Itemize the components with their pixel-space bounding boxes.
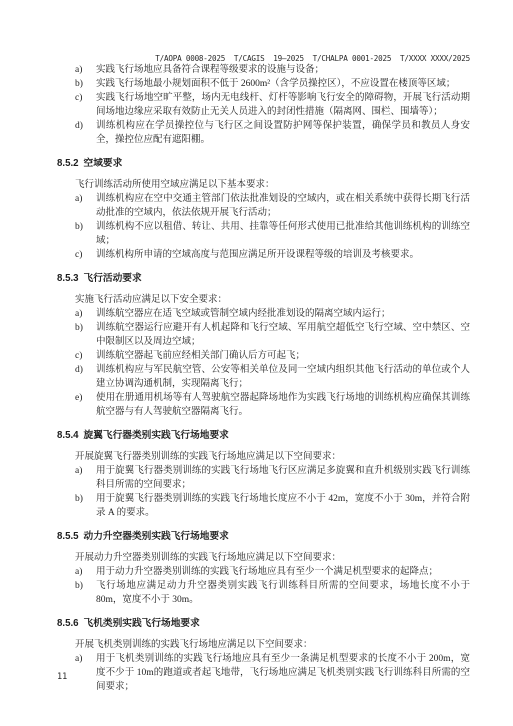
list-item-text: 用于旋翼飞行器类别训练的实践飞行场地飞行区应满足多旋翼和直升机级别实践飞行训练科…	[96, 464, 470, 492]
list-item-text: 训练机构应与军民航空管、公安等相关单位及同一空域内组织其他飞行活动的单位或个人建…	[96, 363, 470, 391]
list-item: b) 训练航空器运行应避开有人机起降和飞行空域、军用航空超低空飞行空域、空中禁区…	[75, 321, 470, 349]
section-number: 8.5.2	[57, 158, 79, 169]
section-intro: 开展旋翼飞行器类别训练的实践飞行场地应满足以下空间要求：	[75, 450, 470, 464]
section-heading: 8.5.6飞机类别实践飞行场地要求	[57, 617, 470, 631]
section-flight-activity-requirements: 8.5.3飞行活动要求 实施飞行活动应满足以下安全要求： a) 训练航空器应在适…	[57, 272, 470, 419]
list-item-text: 实践飞行场地应具备符合课程等级要求的设施与设备；	[96, 63, 470, 77]
list-item-label: a)	[75, 652, 96, 694]
section-rotorcraft-site-requirements: 8.5.4旋翼飞行器类别实践飞行场地要求 开展旋翼飞行器类别训练的实践飞行场地应…	[57, 429, 470, 520]
page-number: 11	[57, 670, 67, 684]
section-number: 8.5.4	[57, 430, 79, 441]
list-item: c) 实践飞行场地空旷平整，场内无电线杆、灯杆等影响飞行安全的障碍物，开展飞行活…	[75, 91, 470, 119]
section-heading: 8.5.4旋翼飞行器类别实践飞行场地要求	[57, 429, 470, 443]
list-item-label: b)	[75, 220, 96, 248]
list-item: a) 用于旋翼飞行器类别训练的实践飞行场地飞行区应满足多旋翼和直升机级别实践飞行…	[75, 464, 470, 492]
list-item-label: d)	[75, 363, 96, 391]
list-item-text: 训练航空器应在适飞空域或管制空域内经批准划设的隔离空域内运行；	[96, 307, 470, 321]
list-item-text: 用于旋翼飞行器类别训练的实践飞行场地长度应不小于 42m，宽度不小于 30m，并…	[96, 492, 470, 520]
list-item-label: b)	[75, 579, 96, 607]
list-item: c) 训练航空器起飞前应经相关部门确认后方可起飞；	[75, 349, 470, 363]
document-page: T/AOPA 0008-2025 T/CAGIS 19—2025 T/CHALP…	[0, 0, 513, 726]
section-title: 旋翼飞行器类别实践飞行场地要求	[84, 430, 229, 441]
section-intro: 飞行训练活动所使用空域应满足以下基本要求：	[75, 178, 470, 192]
list-item: d) 训练机构应与军民航空管、公安等相关单位及同一空域内组织其他飞行活动的单位或…	[75, 363, 470, 391]
section-intro: 开展飞机类别训练的实践飞行场地应满足以下空间要求：	[75, 638, 470, 652]
section-powered-lift-site-requirements: 8.5.5动力升空器类别实践飞行场地要求 开展动力升空器类别训练的实践飞行场地应…	[57, 530, 470, 607]
section-heading: 8.5.5动力升空器类别实践飞行场地要求	[57, 530, 470, 544]
section-airplane-site-requirements: 8.5.6飞机类别实践飞行场地要求 开展飞机类别训练的实践飞行场地应满足以下空间…	[57, 617, 470, 694]
page-content: a) 实践飞行场地应具备符合课程等级要求的设施与设备； b) 实践飞行场地最小规…	[57, 63, 470, 694]
list-item-text: 训练机构所申请的空域高度与范围应满足所开设课程等级的培训及考核要求。	[96, 248, 470, 262]
list-item-label: c)	[75, 349, 96, 363]
list-item: a) 训练机构应在空中交通主管部门依法批准划设的空域内，或在相关系统中获得长期飞…	[75, 192, 470, 220]
list-item-text: 使用在册通用机场等有人驾驶航空器起降场地作为实践飞行场地的训练机构应确保其训练航…	[96, 391, 470, 419]
list-item: a) 用于飞机类别训练的实践飞行场地应具有至少一条满足机型要求的长度不小于 20…	[75, 652, 470, 694]
list-item: b) 飞行场地应满足动力升空器类别实践飞行训练科目所需的空间要求，场地长度不小于…	[75, 579, 470, 607]
list-item: d) 训练机构应在学员操控位与飞行区之间设置防护网等保护装置，确保学员和教员人身…	[75, 119, 470, 147]
section-number: 8.5.5	[57, 531, 79, 542]
list-item: a) 实践飞行场地应具备符合课程等级要求的设施与设备；	[75, 63, 470, 77]
list-item: c) 训练机构所申请的空域高度与范围应满足所开设课程等级的培训及考核要求。	[75, 248, 470, 262]
section-number: 8.5.6	[57, 618, 79, 629]
list-item-text: 训练机构应在学员操控位与飞行区之间设置防护网等保护装置，确保学员和教员人身安全，…	[96, 119, 470, 147]
list-item: b) 用于旋翼飞行器类别训练的实践飞行场地长度应不小于 42m，宽度不小于 30…	[75, 492, 470, 520]
list-item-text: 实践飞行场地空旷平整，场内无电线杆、灯杆等影响飞行安全的障碍物，开展飞行活动期间…	[96, 91, 470, 119]
section-airspace-requirements: 8.5.2空域要求 飞行训练活动所使用空域应满足以下基本要求： a) 训练机构应…	[57, 157, 470, 262]
list-item: b) 实践飞行场地最小规划面积不低于 2600m²（含学员操控区），不应设置在楼…	[75, 77, 470, 91]
list-item-text: 实践飞行场地最小规划面积不低于 2600m²（含学员操控区），不应设置在楼顶等区…	[96, 77, 470, 91]
section-title: 飞机类别实践飞行场地要求	[84, 618, 200, 629]
list-item-text: 用于飞机类别训练的实践飞行场地应具有至少一条满足机型要求的长度不小于 200m，…	[96, 652, 470, 694]
list-item-label: a)	[75, 192, 96, 220]
section-heading: 8.5.2空域要求	[57, 157, 470, 171]
section-heading: 8.5.3飞行活动要求	[57, 272, 470, 286]
list-item-text: 训练机构不应以租借、转让、共用、挂靠等任何形式使用已批准给其他训练机构的训练空域…	[96, 220, 470, 248]
list-item-label: a)	[75, 464, 96, 492]
section-number: 8.5.3	[57, 273, 79, 284]
list-item-label: a)	[75, 565, 96, 579]
list-item: b) 训练机构不应以租借、转让、共用、挂靠等任何形式使用已批准给其他训练机构的训…	[75, 220, 470, 248]
list-item-label: b)	[75, 321, 96, 349]
section-intro: 开展动力升空器类别训练的实践飞行场地应满足以下空间要求：	[75, 551, 470, 565]
list-item-label: c)	[75, 248, 96, 262]
section-title: 空域要求	[84, 158, 123, 169]
section-intro: 实施飞行活动应满足以下安全要求：	[75, 293, 470, 307]
list-item-label: b)	[75, 492, 96, 520]
list-item-label: e)	[75, 391, 96, 419]
list-item-text: 训练航空器运行应避开有人机起降和飞行空域、军用航空超低空飞行空域、空中禁区、空中…	[96, 321, 470, 349]
list-item-text: 训练航空器起飞前应经相关部门确认后方可起飞；	[96, 349, 470, 363]
list-item: a) 训练航空器应在适飞空域或管制空域内经批准划设的隔离空域内运行；	[75, 307, 470, 321]
list-item-label: a)	[75, 63, 96, 77]
section-title: 飞行活动要求	[84, 273, 142, 284]
list-item-label: d)	[75, 119, 96, 147]
list-item-label: a)	[75, 307, 96, 321]
list-item: a) 用于动力升空器类别训练的实践飞行场地应具有至少一个满足机型要求的起降点；	[75, 565, 470, 579]
list-item-text: 用于动力升空器类别训练的实践飞行场地应具有至少一个满足机型要求的起降点；	[96, 565, 470, 579]
list-item-label: c)	[75, 91, 96, 119]
list-item-text: 训练机构应在空中交通主管部门依法批准划设的空域内，或在相关系统中获得长期飞行活动…	[96, 192, 470, 220]
list-item-label: b)	[75, 77, 96, 91]
list-item-text: 飞行场地应满足动力升空器类别实践飞行训练科目所需的空间要求，场地长度不小于 80…	[96, 579, 470, 607]
continuation-list: a) 实践飞行场地应具备符合课程等级要求的设施与设备； b) 实践飞行场地最小规…	[57, 63, 470, 147]
section-title: 动力升空器类别实践飞行场地要求	[84, 531, 229, 542]
list-item: e) 使用在册通用机场等有人驾驶航空器起降场地作为实践飞行场地的训练机构应确保其…	[75, 391, 470, 419]
